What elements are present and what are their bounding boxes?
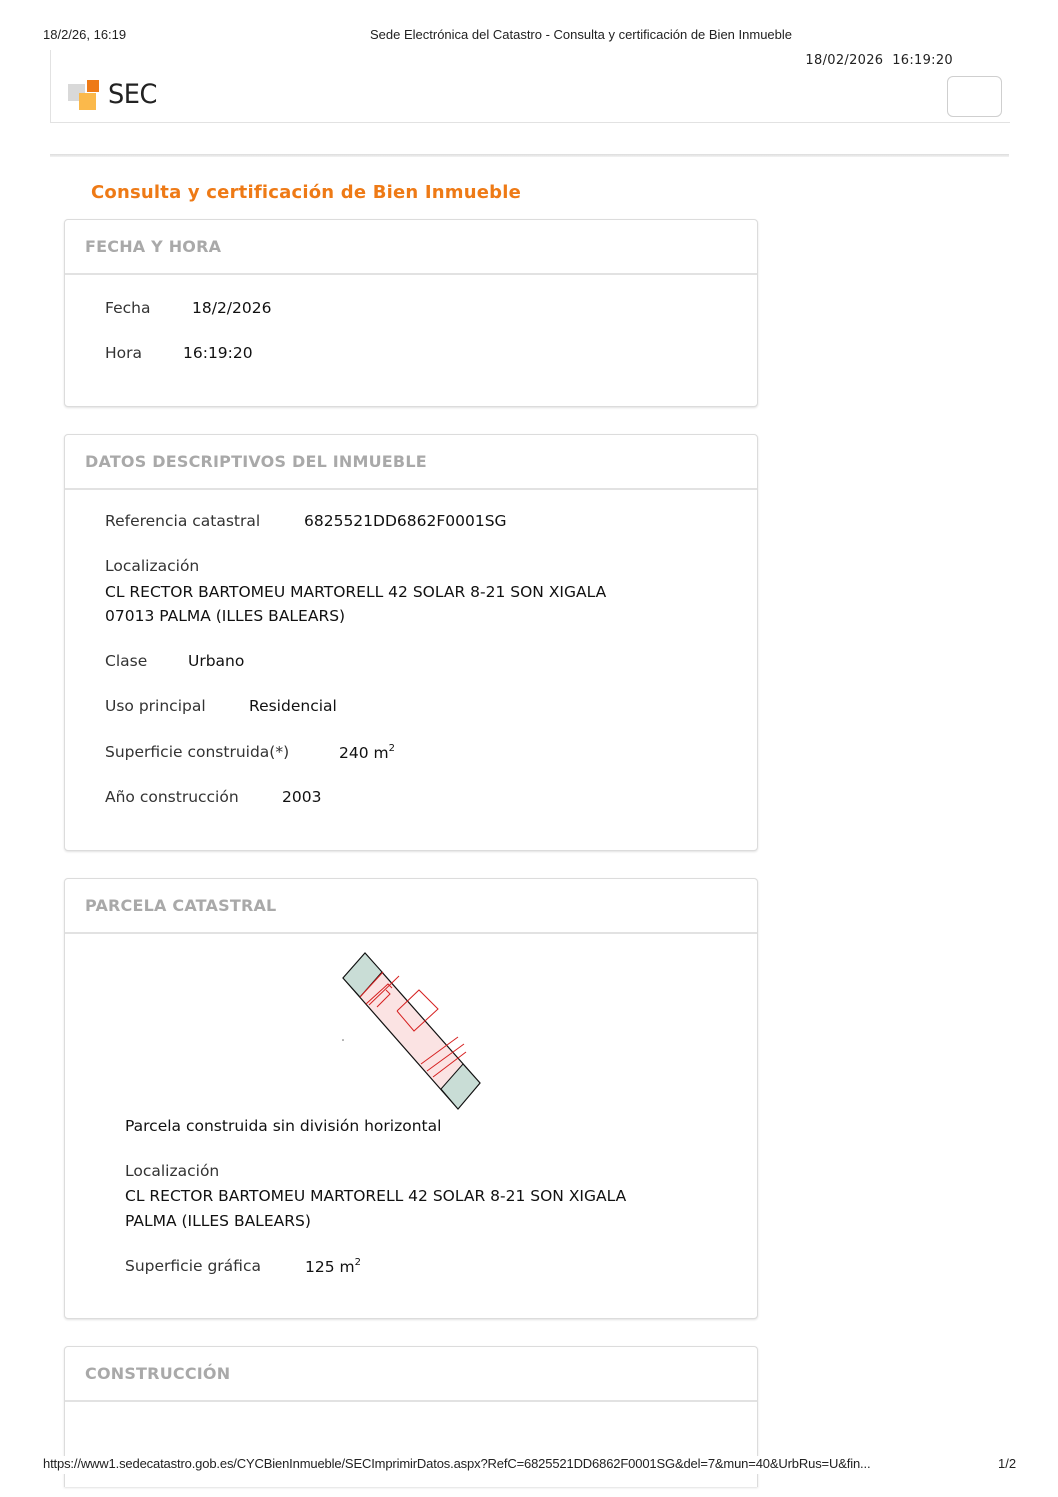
localizacion-label: Localización — [105, 557, 199, 575]
fecha-value: 18/2/2026 — [192, 299, 271, 317]
header-timestamp: 18/02/2026 16:19:20 — [805, 53, 953, 68]
superficie-grafica-number: 125 m — [305, 1258, 355, 1276]
fecha-label: Fecha — [105, 299, 150, 317]
panel-title: FECHA Y HORA — [85, 237, 221, 256]
anio-label: Año construcción — [105, 788, 239, 806]
print-title: Sede Electrónica del Catastro - Consulta… — [370, 27, 792, 42]
page-title: Consulta y certificación de Bien Inmuebl… — [91, 182, 521, 203]
header-divider — [50, 154, 1009, 157]
clase-value: Urbano — [188, 652, 244, 670]
anio-value: 2003 — [282, 788, 321, 806]
print-footer: https://www1.sedecatastro.gob.es/CYCBien… — [0, 1456, 1058, 1474]
uso-value: Residencial — [249, 697, 337, 715]
uso-label: Uso principal — [105, 697, 206, 715]
panel-header: PARCELA CATASTRAL — [65, 879, 757, 934]
panel-header: DATOS DESCRIPTIVOS DEL INMUEBLE — [65, 435, 757, 490]
superficie-exponent: 2 — [389, 743, 395, 754]
superficie-grafica-exponent: 2 — [355, 1257, 361, 1268]
app-header: 18/02/2026 16:19:20 SEC — [50, 50, 1010, 123]
superficie-label: Superficie construida(*) — [105, 743, 289, 761]
logo-text: SEC — [108, 79, 157, 110]
parcela-localizacion-line2: PALMA (ILLES BALEARS) — [125, 1212, 311, 1230]
print-date: 18/2/26, 16:19 — [43, 27, 126, 42]
hora-label: Hora — [105, 344, 142, 362]
logo-square-yellow-icon — [79, 93, 96, 110]
parcela-description: Parcela construida sin división horizont… — [125, 1117, 441, 1135]
logo-square-orange-icon — [87, 80, 99, 92]
parcela-localizacion-line1: CL RECTOR BARTOMEU MARTORELL 42 SOLAR 8-… — [125, 1187, 626, 1205]
sec-logo[interactable]: SEC — [67, 78, 187, 114]
print-url: https://www1.sedecatastro.gob.es/CYCBien… — [43, 1456, 870, 1471]
panel-title: PARCELA CATASTRAL — [85, 896, 276, 915]
panel-title: DATOS DESCRIPTIVOS DEL INMUEBLE — [85, 452, 427, 471]
panel-parcela-catastral: PARCELA CATASTRAL — [64, 878, 758, 1319]
panel-header: FECHA Y HORA — [65, 220, 757, 275]
parcel-map-icon[interactable] — [335, 952, 485, 1117]
header-menu-button[interactable] — [947, 76, 1002, 117]
print-header: 18/2/26, 16:19 Sede Electrónica del Cata… — [0, 27, 1058, 45]
panel-fecha-hora: FECHA Y HORA Fecha 18/2/2026 Hora 16:19:… — [64, 219, 758, 407]
parcela-localizacion-label: Localización — [125, 1162, 219, 1180]
panel-header: CONSTRUCCIÓN — [65, 1347, 757, 1402]
referencia-value: 6825521DD6862F0001SG — [304, 512, 507, 530]
superficie-grafica-label: Superficie gráfica — [125, 1257, 261, 1275]
hora-value: 16:19:20 — [183, 344, 253, 362]
superficie-grafica-value: 125 m2 — [305, 1257, 361, 1276]
panel-datos-descriptivos: DATOS DESCRIPTIVOS DEL INMUEBLE Referenc… — [64, 434, 758, 851]
referencia-label: Referencia catastral — [105, 512, 260, 530]
panel-title: CONSTRUCCIÓN — [85, 1364, 230, 1383]
print-page-number: 1/2 — [998, 1456, 1016, 1471]
superficie-number: 240 m — [339, 744, 389, 762]
superficie-value: 240 m2 — [339, 743, 395, 762]
localizacion-line1: CL RECTOR BARTOMEU MARTORELL 42 SOLAR 8-… — [105, 583, 606, 601]
clase-label: Clase — [105, 652, 147, 670]
localizacion-line2: 07013 PALMA (ILLES BALEARS) — [105, 607, 345, 625]
